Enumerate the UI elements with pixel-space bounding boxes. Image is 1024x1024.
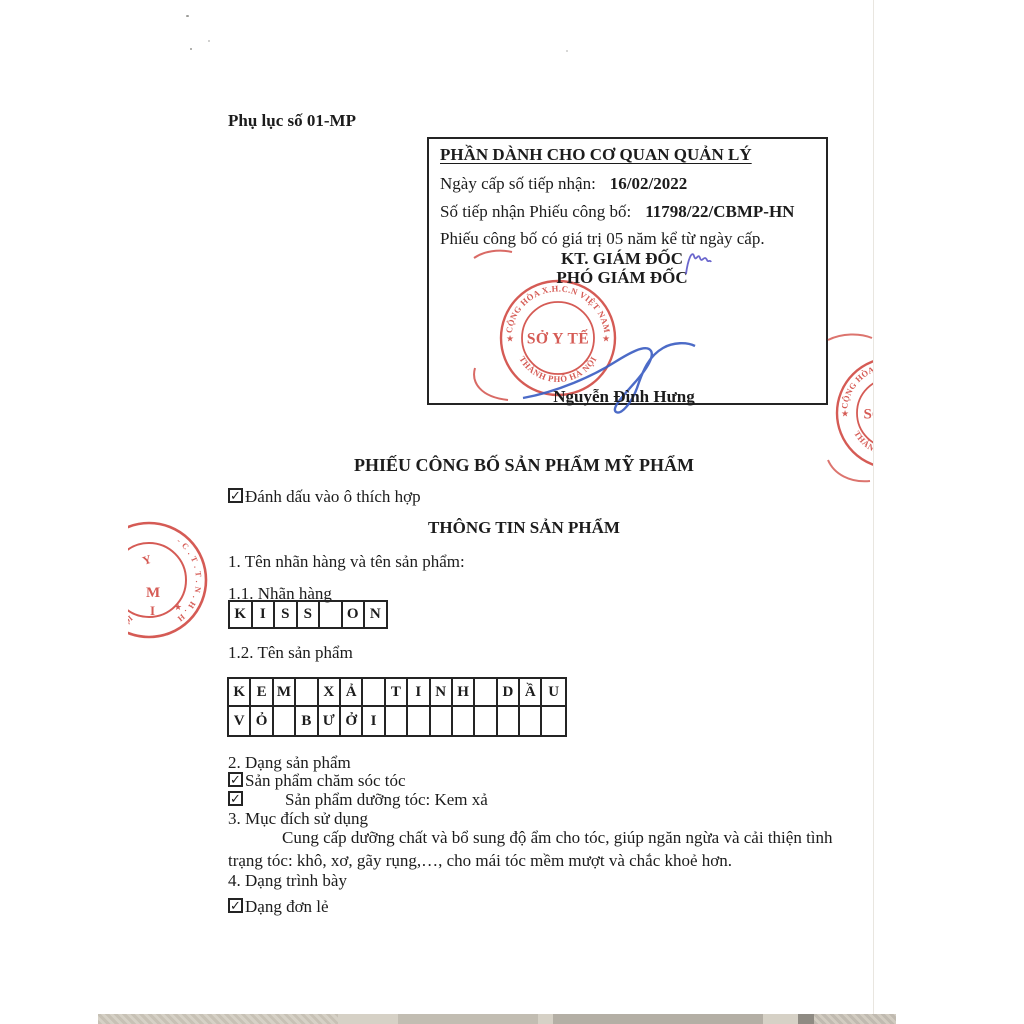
grid-cell (320, 602, 343, 627)
receipt-number-value: 11798/22/CBMP-HN (645, 202, 794, 221)
grid-cell: M (274, 679, 296, 707)
company-stamp-star-icon: ★ (174, 602, 182, 612)
grid-cell: K (230, 602, 253, 627)
company-stamp-partial: - C . T . T . N . H . H Y M I ★ NỘI (128, 517, 212, 643)
page-bottom-edge (98, 1014, 896, 1024)
form-title: PHIẾU CÔNG BỐ SẢN PHẨM MỸ PHẨM (228, 455, 820, 476)
grid-cell (453, 707, 475, 735)
company-stamp-bottom-text: NỘI (128, 614, 135, 631)
grid-cell: Ư (319, 707, 341, 735)
red-stamp-fragment (826, 330, 874, 344)
red-stamp-fragment (472, 246, 514, 262)
grid-cell: I (408, 679, 430, 707)
mark-note-text: Đánh dấu vào ô thích hợp (245, 487, 421, 506)
q2-option1-line: Sản phẩm chăm sóc tóc (228, 771, 406, 790)
grid-cell: Ả (341, 679, 363, 707)
q4-option1-line: Dạng đơn lẻ (228, 897, 329, 916)
grid-cell (520, 707, 542, 735)
grid-cell: O (343, 602, 366, 627)
appendix-label: Phụ lục số 01-MP (228, 111, 356, 130)
scan-speck (208, 40, 210, 42)
grid-cell: S (275, 602, 298, 627)
grid-cell: X (319, 679, 341, 707)
receipt-date-value: 16/02/2022 (610, 174, 687, 193)
admin-box-title: PHẦN DÀNH CHO CƠ QUAN QUẢN LÝ (440, 145, 815, 165)
scanned-document-page: { "document": { "appendix_label": "Phụ l… (0, 0, 1024, 1024)
edge-texture (553, 1014, 763, 1024)
company-stamp-letter: Y (141, 552, 154, 568)
grid-cell: B (296, 707, 318, 735)
grid-cell (475, 707, 497, 735)
grid-cell (542, 707, 564, 735)
q4-label: 4. Dạng trình bày (228, 871, 347, 890)
checkbox-checked-icon (228, 791, 243, 806)
signature-initials (681, 246, 715, 280)
brand-name-grid: K I S S O N (228, 600, 388, 629)
red-stamp-fragment (826, 458, 872, 486)
company-stamp-letter: I (150, 603, 155, 618)
q1-label: 1. Tên nhãn hàng và tên sản phẩm: (228, 552, 465, 571)
receipt-date-line: Ngày cấp số tiếp nhận:16/02/2022 (440, 170, 815, 198)
scan-speck (566, 50, 568, 52)
checkbox-checked-icon (228, 488, 243, 503)
q4-option1-text: Dạng đơn lẻ (245, 897, 329, 916)
grid-cell (274, 707, 296, 735)
checkbox-checked-icon (228, 772, 243, 787)
product-name-grid: K E M X Ả T I N H D Ầ U V Ỏ B Ư Ở I (227, 677, 567, 737)
grid-cell: Ở (341, 707, 363, 735)
q2-label: 2. Dạng sản phẩm (228, 753, 351, 772)
grid-cell: H (453, 679, 475, 707)
partial-stamp-left: - C . T . T . N . H . H Y M I ★ NỘI (128, 517, 212, 643)
grid-cell: Ầ (520, 679, 542, 707)
receipt-number-label: Số tiếp nhận Phiếu công bố: (440, 202, 631, 221)
grid-cell (408, 707, 430, 735)
grid-cell: N (431, 679, 453, 707)
q2-option2-text: Sản phẩm dưỡng tóc: Kem xả (285, 790, 488, 809)
grid-cell (296, 679, 318, 707)
grid-cell (498, 707, 520, 735)
edge-texture (798, 1014, 814, 1024)
stamp-star-left-icon: ★ (841, 409, 849, 419)
edge-texture (814, 1014, 896, 1024)
section-title: THÔNG TIN SẢN PHẨM (228, 518, 820, 538)
grid-cell (386, 707, 408, 735)
grid-cell: I (253, 602, 276, 627)
stamp-star-left-icon: ★ (506, 334, 514, 344)
page-edge-line (873, 0, 874, 1014)
grid-cell (363, 679, 385, 707)
grid-cell: Ỏ (251, 707, 273, 735)
grid-cell: U (542, 679, 564, 707)
grid-cell: V (229, 707, 251, 735)
signer-name: Nguyễn Đình Hưng (524, 387, 724, 406)
q2-option2-line: Sản phẩm dưỡng tóc: Kem xả (228, 790, 488, 809)
receipt-number-line: Số tiếp nhận Phiếu công bố:11798/22/CBMP… (440, 198, 815, 226)
edge-texture (98, 1014, 338, 1024)
grid-cell: T (386, 679, 408, 707)
grid-cell: S (298, 602, 321, 627)
checkbox-checked-icon (228, 898, 243, 913)
scan-speck (186, 15, 189, 17)
q2-option1-text: Sản phẩm chăm sóc tóc (245, 771, 406, 790)
grid-cell: N (365, 602, 386, 627)
so-y-te-stamp-partial: CỘNG HÒA X.H.C.N VIỆT NAM THÀNH PHỐ HÀ N… (833, 352, 873, 475)
q3-purpose-text: Cung cấp dưỡng chất và bổ sung độ ẩm cho… (228, 827, 840, 872)
grid-cell (431, 707, 453, 735)
receipt-date-label: Ngày cấp số tiếp nhận: (440, 174, 596, 193)
stamp-center-text: SỞ Y TẾ (864, 406, 873, 423)
edge-texture (398, 1014, 538, 1024)
grid-cell: I (363, 707, 385, 735)
grid-cell: E (251, 679, 273, 707)
grid-cell: D (498, 679, 520, 707)
mark-note-line: Đánh dấu vào ô thích hợp (228, 487, 421, 506)
q3-label: 3. Mục đích sử dụng (228, 809, 368, 828)
scan-speck (190, 48, 192, 50)
company-stamp-letter: M (146, 585, 160, 601)
grid-cell: K (229, 679, 251, 707)
grid-cell (475, 679, 497, 707)
q1-2-label: 1.2. Tên sản phẩm (228, 643, 353, 662)
